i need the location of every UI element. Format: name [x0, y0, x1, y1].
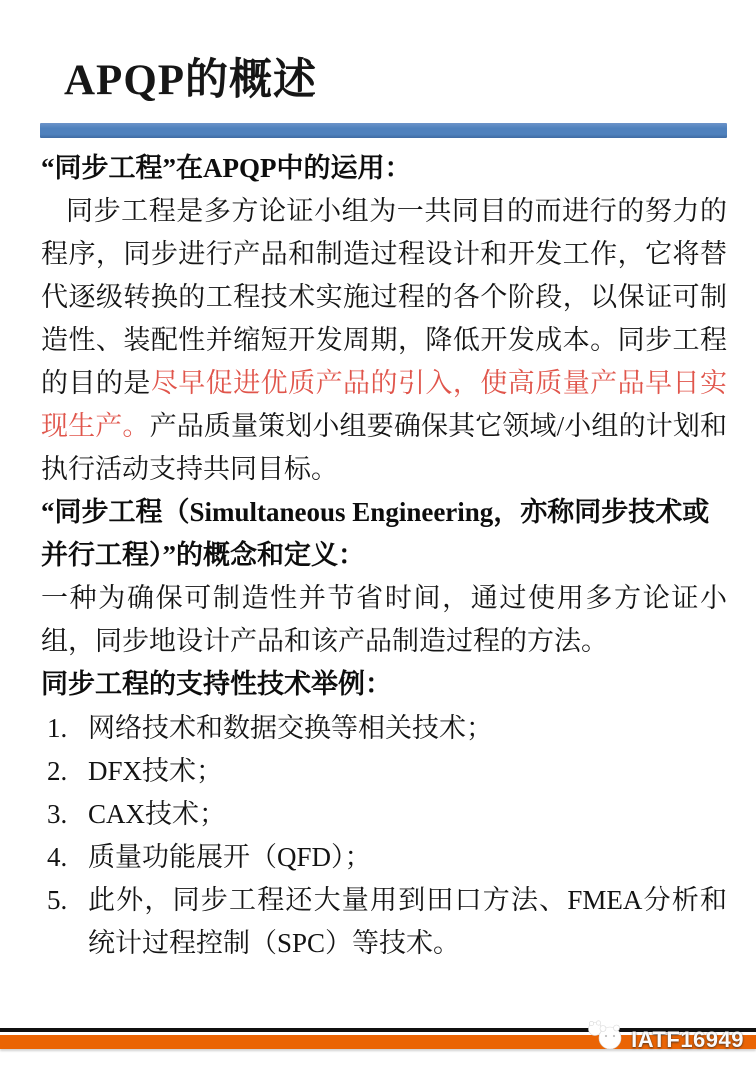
- list-item: 4. 质量功能展开（QFD）；: [41, 836, 727, 879]
- list-item-number: 3.: [41, 793, 88, 836]
- slide-body: “同步工程”在APQP中的运用： 同步工程是多方论证小组为一共同目的而进行的努力…: [41, 147, 727, 965]
- list-item: 5. 此外，同步工程还大量用到田口方法、FMEA分析和统计过程控制（SPC）等技…: [41, 879, 727, 965]
- paragraph-definition: 一种为确保可制造性并节省时间，通过使用多方论证小组，同步地设计产品和该产品制造过…: [41, 577, 727, 663]
- section-heading-apqp-usage: “同步工程”在APQP中的运用：: [41, 147, 727, 190]
- list-item-text: 此外，同步工程还大量用到田口方法、FMEA分析和统计过程控制（SPC）等技术。: [88, 879, 727, 965]
- watermark: IATF16949: [586, 1018, 744, 1052]
- title-divider: [40, 123, 727, 138]
- list-item-text: 质量功能展开（QFD）；: [88, 836, 727, 879]
- supporting-tech-list: 1. 网络技术和数据交换等相关技术； 2. DFX技术； 3. CAX技术； 4…: [41, 707, 727, 965]
- list-item: 2. DFX技术；: [41, 750, 727, 793]
- watermark-text: IATF16949: [631, 1029, 744, 1051]
- section-heading-definition: “同步工程（Simultaneous Engineering，亦称同步技术或并行…: [41, 491, 727, 577]
- list-item-number: 4.: [41, 836, 88, 879]
- list-item-number: 5.: [41, 879, 88, 965]
- list-item: 3. CAX技术；: [41, 793, 727, 836]
- page-title: APQP的概述: [64, 46, 317, 107]
- list-item-text: CAX技术；: [88, 793, 727, 836]
- paragraph-simultaneous-engineering: 同步工程是多方论证小组为一共同目的而进行的努力的程序，同步进行产品和制造过程设计…: [41, 190, 727, 491]
- list-item-text: 网络技术和数据交换等相关技术；: [88, 707, 727, 750]
- list-item: 1. 网络技术和数据交换等相关技术；: [41, 707, 727, 750]
- watermark-logo-icon: [586, 1018, 626, 1052]
- slide: { "page": { "title": "APQP的概述" }, "conte…: [0, 0, 756, 1070]
- list-item-number: 1.: [41, 707, 88, 750]
- list-item-text: DFX技术；: [88, 750, 727, 793]
- section-heading-supporting-tech: 同步工程的支持性技术举例：: [41, 663, 727, 706]
- list-item-number: 2.: [41, 750, 88, 793]
